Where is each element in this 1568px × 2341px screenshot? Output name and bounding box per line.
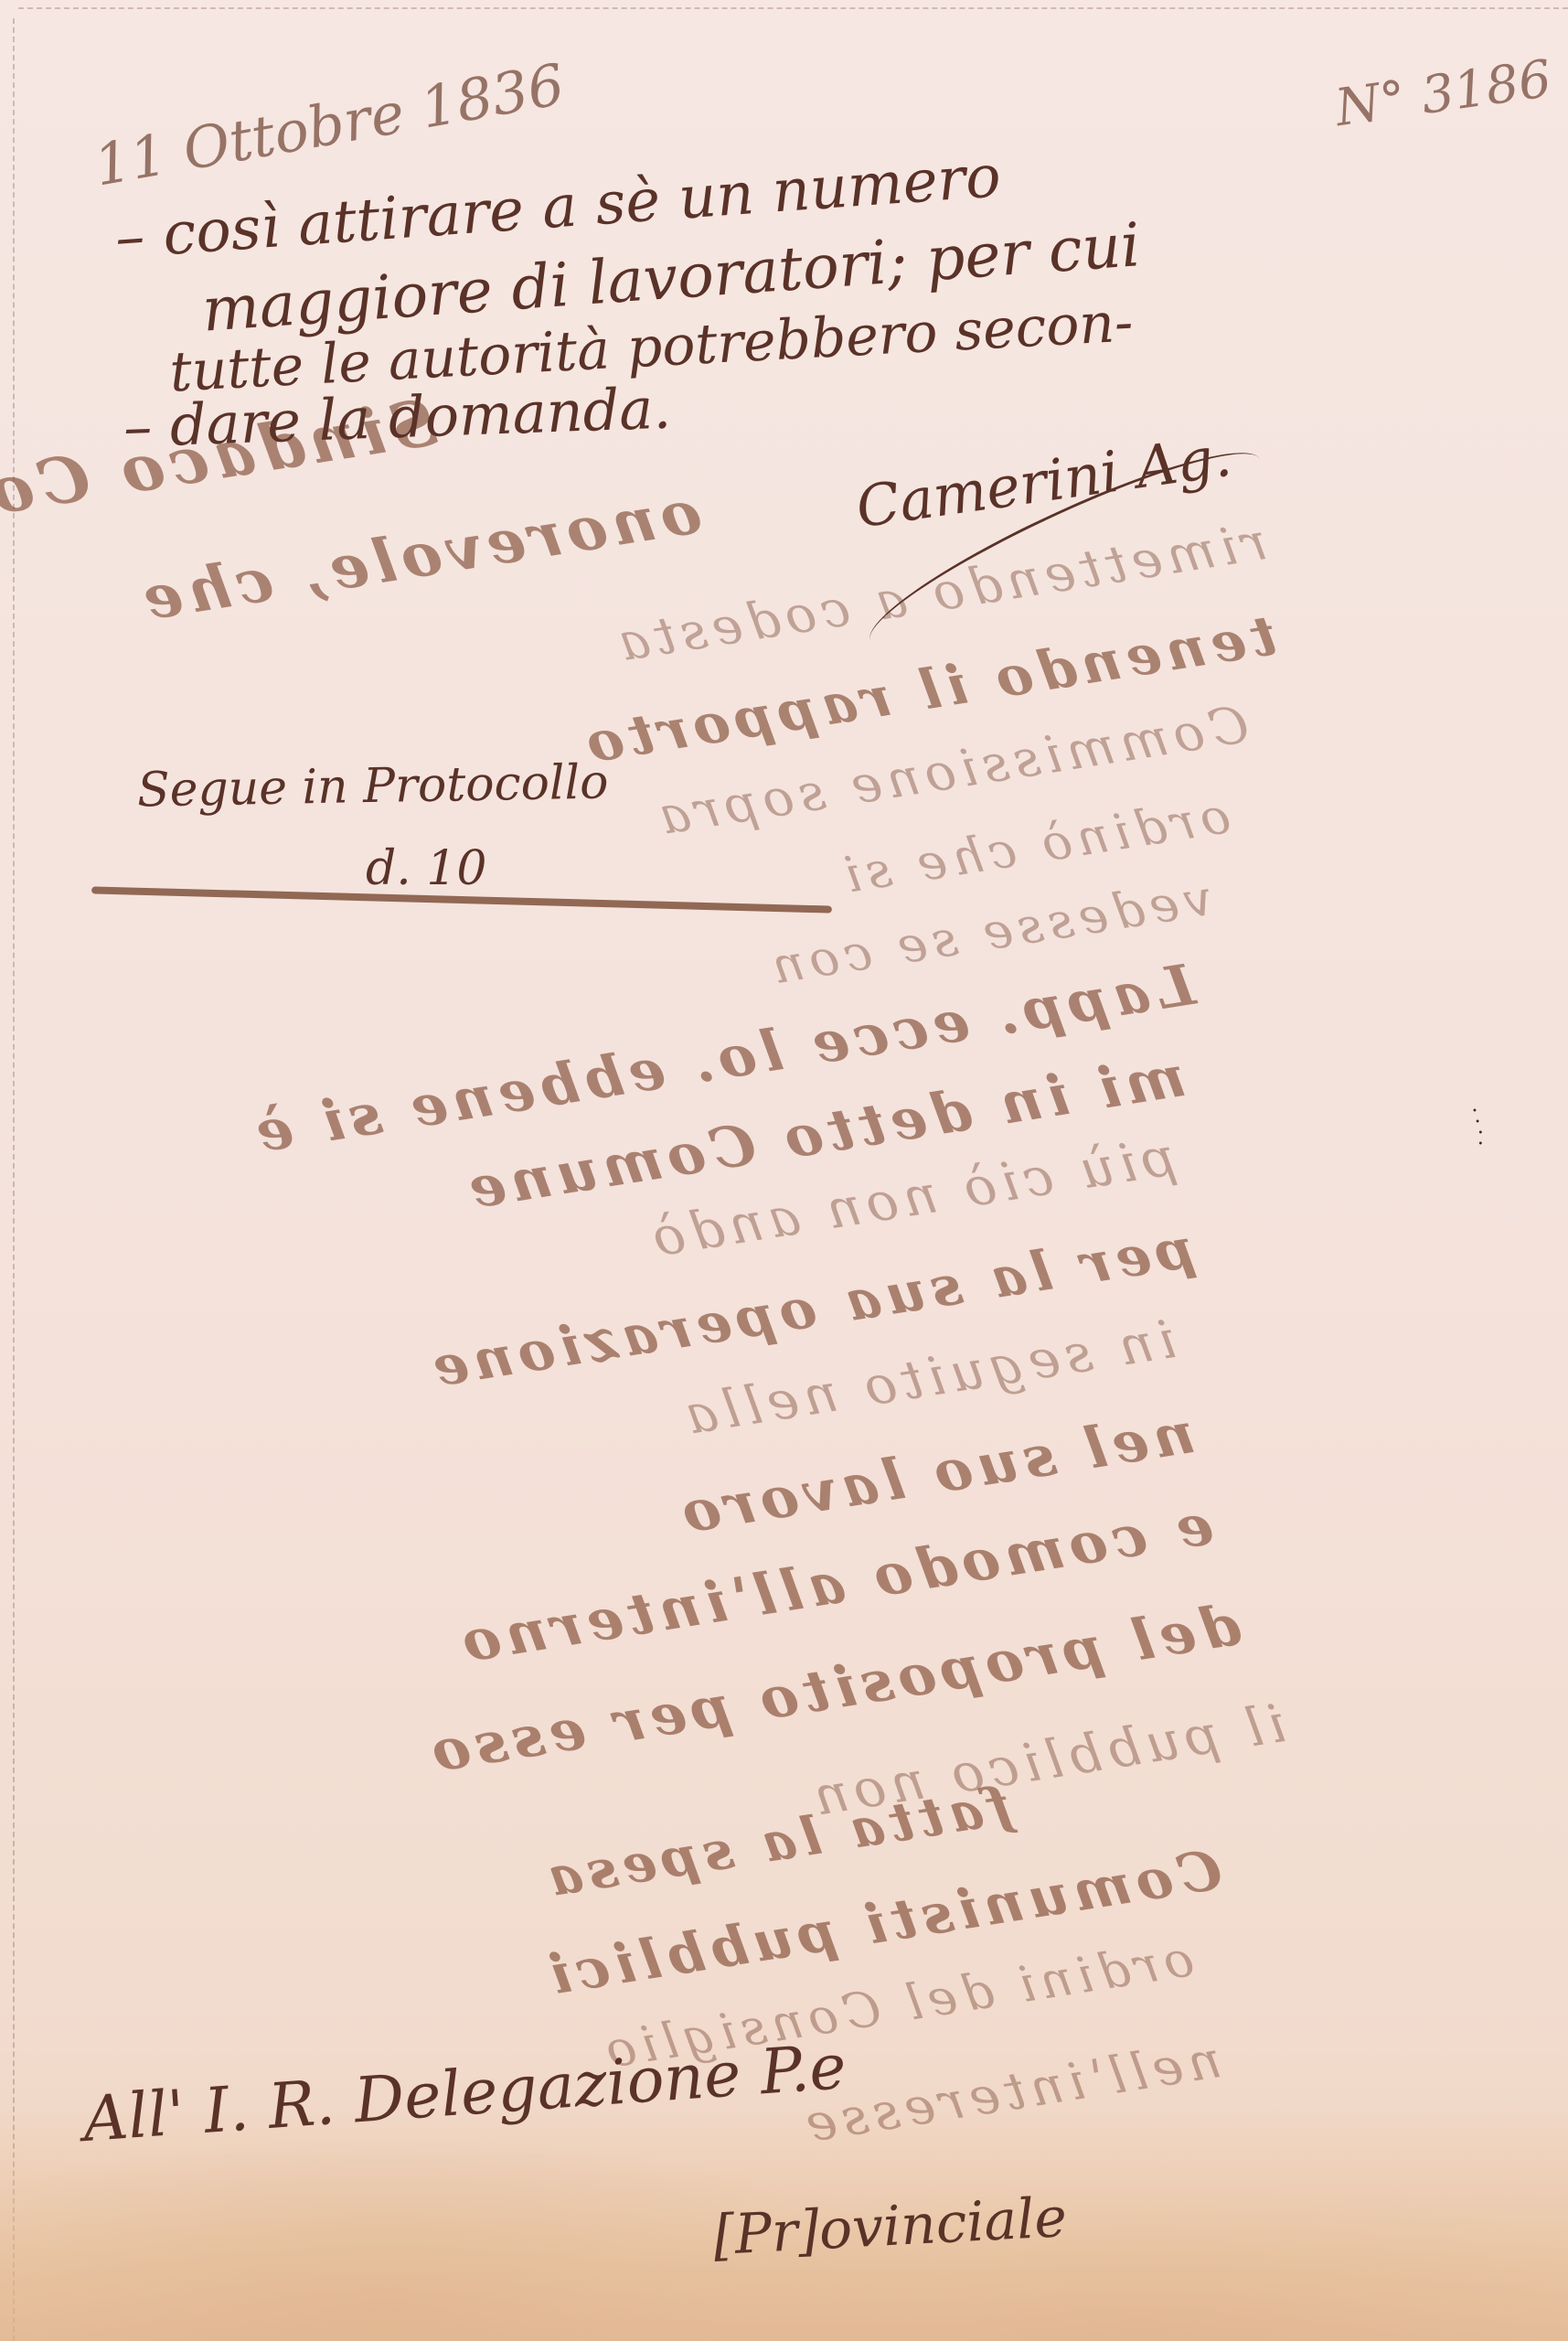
- bleed-line: onorevole, che: [133, 476, 706, 635]
- date-heading: 11 Ottobre 1836: [90, 50, 570, 198]
- reference-number: N° 3186: [1332, 49, 1555, 138]
- paper-edge-left: [13, 18, 17, 2341]
- paper-edge-top: [18, 7, 1568, 13]
- manuscript-page: Sindaco Comunale di onorevole, che rimet…: [0, 0, 1568, 2341]
- note-protocol: Segue in Protocollo: [137, 755, 609, 818]
- note-number: d. 10: [366, 841, 487, 896]
- ink-specks: • • • •: [1472, 1106, 1483, 1150]
